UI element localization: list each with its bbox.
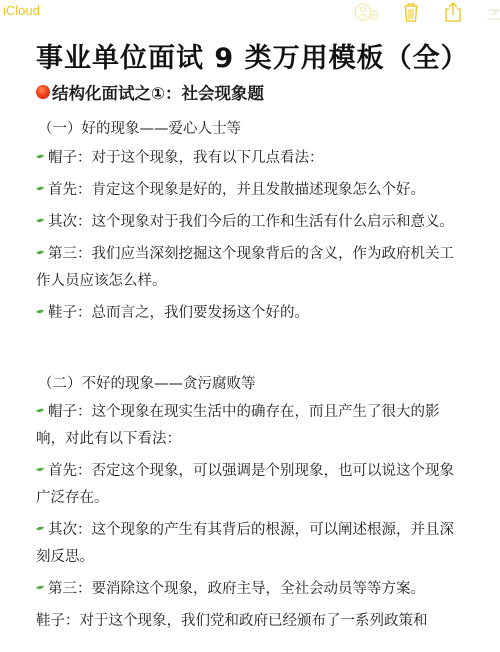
list-item: 帽子：对于这个现象，我有以下几点看法： (36, 145, 466, 172)
list-item: 其次：这个现象对于我们今后的工作和生活有什么启示和意义。 (36, 209, 466, 236)
list-item: 首先：肯定这个现象是好的，并且发散描述现象怎么个好。 (36, 177, 466, 204)
list-item-text: 其次：这个现象对于我们今后的工作和生活有什么启示和意义。 (48, 214, 454, 230)
list-item-text: 鞋子：总而言之，我们要发扬这个好的。 (48, 305, 309, 321)
leaf-bullet-icon (36, 218, 44, 224)
list-item-text: 其次：这个现象的产生有其背后的根源，可以阐述根源，并且深刻反思。 (36, 522, 454, 565)
leaf-bullet-icon (36, 408, 44, 414)
share-icon[interactable] (443, 2, 463, 22)
part1-heading: （一）好的现象——爱心人士等 (38, 117, 241, 138)
leaf-bullet-icon (36, 585, 44, 591)
list-item-text: 帽子：对于这个现象，我有以下几点看法： (48, 150, 324, 166)
trash-icon[interactable] (402, 2, 420, 22)
paragraph-text: 鞋子：对于这个现象，我们党和政府已经颁布了一系列政策和 (36, 613, 428, 629)
leaf-bullet-icon (36, 186, 44, 192)
part2-heading: （二）不好的现象——贪污腐败等 (38, 372, 256, 393)
add-people-icon[interactable] (354, 2, 380, 22)
list-item: 首先：否定这个现象，可以强调是个别现象，也可以说这个现象广泛存在。 (36, 458, 466, 512)
list-item: 第三：我们应当深刻挖掘这个现象背后的含义，作为政府机关工作人员应该怎么样。 (36, 241, 466, 295)
leaf-bullet-icon (36, 526, 44, 532)
leaf-bullet-icon (36, 154, 44, 160)
red-circle-icon (36, 85, 50, 99)
list-item: 鞋子：总而言之，我们要发扬这个好的。 (36, 300, 466, 327)
list-item: 第三：要消除这个现象，政府主导，全社会动员等等方案。 (36, 576, 466, 603)
list-item-text: 首先：否定这个现象，可以强调是个别现象，也可以说这个现象广泛存在。 (36, 463, 454, 506)
back-to-icloud-link[interactable]: iCloud (3, 3, 40, 18)
section-heading: 结构化面试之①：社会现象题 (36, 80, 264, 104)
compose-icon[interactable] (486, 2, 500, 22)
list-item-text: 首先：肯定这个现象是好的，并且发散描述现象怎么个好。 (48, 182, 425, 198)
notes-toolbar: iCloud (0, 0, 500, 24)
paragraph: 鞋子：对于这个现象，我们党和政府已经颁布了一系列政策和 (36, 608, 466, 635)
list-item: 其次：这个现象的产生有其背后的根源，可以阐述根源，并且深刻反思。 (36, 517, 466, 571)
list-item: 帽子：这个现象在现实生活中的确存在，而且产生了很大的影响，对此有以下看法： (36, 399, 466, 453)
document-title: 事业单位面试 9 类万用模板（全） (36, 36, 469, 75)
leaf-bullet-icon (36, 467, 44, 473)
list-item-text: 第三：要消除这个现象，政府主导，全社会动员等等方案。 (48, 581, 425, 597)
list-item-text: 帽子：这个现象在现实生活中的确存在，而且产生了很大的影响，对此有以下看法： (36, 404, 440, 447)
leaf-bullet-icon (36, 309, 44, 315)
leaf-bullet-icon (36, 250, 44, 256)
list-item-text: 第三：我们应当深刻挖掘这个现象背后的含义，作为政府机关工作人员应该怎么样。 (36, 246, 454, 289)
section-heading-text: 结构化面试之①：社会现象题 (52, 80, 264, 104)
